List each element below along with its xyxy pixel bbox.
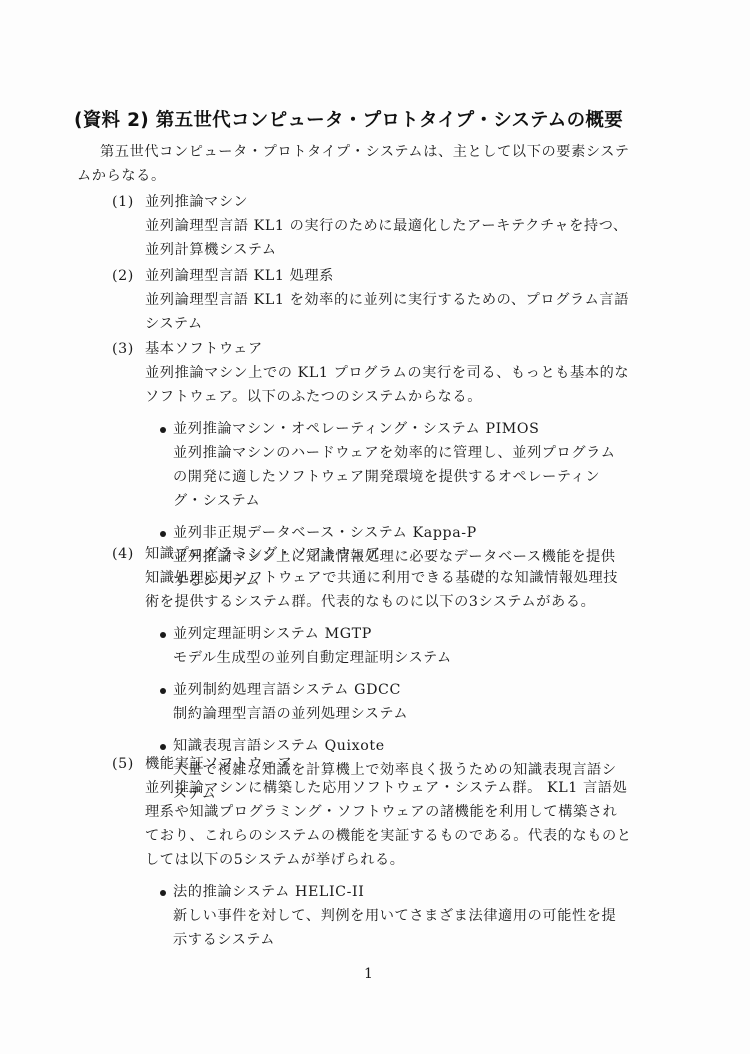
section-body: 並列論理型言語 KL1 の実行のために最適化したアーキテクチャを持つ、並列計算機… [145,214,632,262]
bullet-title: 並列制約処理言語システム GDCC [173,678,620,702]
section-heading: 基本ソフトウェア [145,337,263,361]
bullet-item: 並列推論マシン・オペレーティング・システム PIMOS 並列推論マシンのハードウ… [160,417,620,513]
section-number: (2) [112,264,145,288]
bullet-dot-icon [160,427,166,433]
bullet-title: 並列推論マシン・オペレーティング・システム PIMOS [173,417,620,441]
section-body: 並列論理型言語 KL1 を効率的に並列に実行するための、プログラム言語システム [145,288,632,336]
bullet-description: 新しい事件を対して、判例を用いてさまざま法律適用の可能性を提示するシステム [173,904,620,952]
bullet-dot-icon [160,688,166,694]
section-number: (3) [112,337,145,361]
section-body: 知識処理応用ソフトウェアで共通に利用できる基礎的な知識情報処理技術を提供するシス… [145,566,632,614]
bullet-description: 並列推論マシンのハードウェアを効率的に管理し、並列プログラムの開発に適したソフト… [173,441,620,513]
document-page: (資料 2) 第五世代コンピュータ・プロトタイプ・システムの概要 第五世代コンピ… [0,0,750,1054]
bullet-dot-icon [160,632,166,638]
bullet-dot-icon [160,744,166,750]
section-5: (5) 機能実証ソフトウェア 並列推論マシンに構築した応用ソフトウェア・システム… [112,752,632,952]
section-1: (1) 並列推論マシン 並列論理型言語 KL1 の実行のために最適化したアーキテ… [112,190,632,262]
bullet-item: 並列制約処理言語システム GDCC 制約論理型言語の並列処理システム [160,678,620,726]
bullet-item: 法的推論システム HELIC-II 新しい事件を対して、判例を用いてさまざま法律… [160,880,620,952]
section-number: (1) [112,190,145,214]
intro-paragraph: 第五世代コンピュータ・プロトタイプ・システムは、主として以下の要素システムからな… [77,140,632,188]
bullet-item: 並列定理証明システム MGTP モデル生成型の並列自動定理証明システム [160,622,620,670]
bullet-dot-icon [160,890,166,896]
section-heading: 知識プログラミング・ソフトウェア [145,542,381,566]
section-heading: 並列推論マシン [145,190,248,214]
bullet-list: 法的推論システム HELIC-II 新しい事件を対して、判例を用いてさまざま法律… [160,880,620,952]
section-heading: 機能実証ソフトウェア [145,752,292,776]
bullet-title: 並列定理証明システム MGTP [173,622,620,646]
section-number: (5) [112,752,145,776]
section-2: (2) 並列論理型言語 KL1 処理系 並列論理型言語 KL1 を効率的に並列に… [112,264,632,336]
bullet-title: 法的推論システム HELIC-II [173,880,620,904]
section-body: 並列推論マシンに構築した応用ソフトウェア・システム群。 KL1 言語処理系や知識… [145,776,632,872]
section-number: (4) [112,542,145,566]
bullet-description: モデル生成型の並列自動定理証明システム [173,646,620,670]
page-number: 1 [364,966,373,982]
bullet-dot-icon [160,531,166,537]
section-body: 並列推論マシン上での KL1 プログラムの実行を司る、もっとも基本的なソフトウェ… [145,361,632,409]
section-heading: 並列論理型言語 KL1 処理系 [145,264,334,288]
bullet-description: 制約論理型言語の並列処理システム [173,702,620,726]
document-title: (資料 2) 第五世代コンピュータ・プロトタイプ・システムの概要 [74,106,623,132]
